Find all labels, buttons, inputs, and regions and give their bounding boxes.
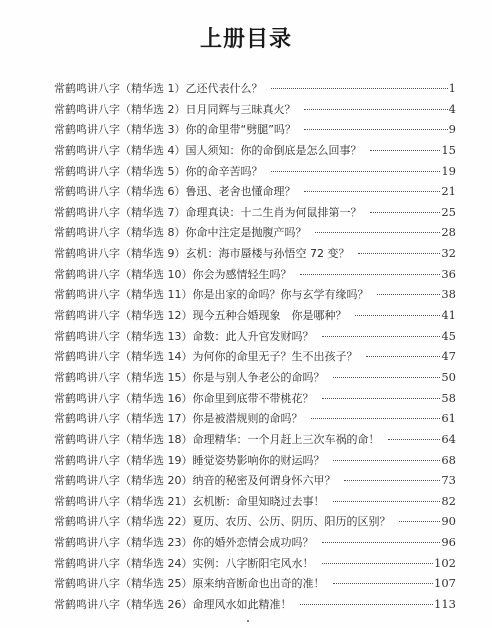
page-title: 上册目录 bbox=[0, 22, 492, 53]
toc-series: 常鹤鸣讲八字（精华选 16） bbox=[54, 389, 193, 410]
toc-heading: 你命里到底带不带桃花？ bbox=[193, 389, 314, 410]
toc-heading: 你的命辛苦吗？ bbox=[186, 162, 263, 183]
toc-page-number: 73 bbox=[441, 470, 456, 491]
toc-entry[interactable]: 常鹤鸣讲八字（精华选 20）纳音的秘密及何谓身怀六甲？73 bbox=[54, 470, 456, 491]
toc-entry[interactable]: 常鹤鸣讲八字（精华选 14）为何你的命里无子？生不出孩子？47 bbox=[54, 346, 456, 367]
toc-series: 常鹤鸣讲八字（精华选 24） bbox=[54, 554, 193, 575]
toc-series: 常鹤鸣讲八字（精华选 23） bbox=[54, 533, 193, 554]
toc-heading: 乙还代表什么？ bbox=[186, 79, 263, 100]
toc-page-number: 38 bbox=[441, 284, 456, 305]
toc-heading: 你命中注定是抛腹产吗？ bbox=[186, 223, 307, 244]
toc-heading: 睡觉姿势影响你的财运吗？ bbox=[193, 451, 325, 472]
toc-page-number: 50 bbox=[441, 367, 456, 388]
toc-series: 常鹤鸣讲八字（精华选 26） bbox=[54, 595, 193, 616]
toc-entry[interactable]: 常鹤鸣讲八字（精华选 9）玄机：海市蜃楼与孙悟空 72 变？32 bbox=[54, 243, 456, 264]
dot-leader bbox=[344, 480, 441, 481]
toc-page-number: 28 bbox=[441, 222, 456, 243]
dot-leader bbox=[370, 212, 441, 213]
dot-leader bbox=[358, 253, 441, 254]
dot-leader bbox=[304, 109, 448, 110]
dot-leader bbox=[333, 460, 441, 461]
page-footer-mark bbox=[247, 620, 249, 622]
dot-leader bbox=[333, 377, 441, 378]
dot-leader bbox=[315, 232, 441, 233]
toc-series: 常鹤鸣讲八字（精华选 25） bbox=[54, 574, 193, 595]
dot-leader bbox=[322, 542, 441, 543]
toc-series: 常鹤鸣讲八字（精华选 20） bbox=[54, 471, 193, 492]
toc-heading: 国人须知：你的命倒底是怎么回事？ bbox=[186, 141, 362, 162]
toc-series: 常鹤鸣讲八字（精华选 6） bbox=[54, 182, 186, 203]
toc-page-number: 68 bbox=[441, 450, 456, 471]
toc-heading: 原来纳音断命也出奇的准！ bbox=[193, 574, 325, 595]
toc-series: 常鹤鸣讲八字（精华选 19） bbox=[54, 451, 193, 472]
toc-page-number: 61 bbox=[441, 408, 456, 429]
toc-series: 常鹤鸣讲八字（精华选 7） bbox=[54, 203, 186, 224]
toc-page-number: 19 bbox=[441, 161, 456, 182]
dot-leader bbox=[311, 418, 441, 419]
toc-entry[interactable]: 常鹤鸣讲八字（精华选 6）鲁迅、老舍也懂命理？21 bbox=[54, 181, 456, 202]
toc-heading: 为何你的命里无子？生不出孩子？ bbox=[193, 347, 358, 368]
dot-leader bbox=[322, 336, 441, 337]
toc-heading: 玄机：海市蜃楼与孙悟空 72 变？ bbox=[186, 244, 350, 265]
toc-series: 常鹤鸣讲八字（精华选 15） bbox=[54, 368, 193, 389]
dot-leader bbox=[355, 315, 441, 316]
toc-entry[interactable]: 常鹤鸣讲八字（精华选 24）实例：八字断阳宅风水！102 bbox=[54, 553, 456, 574]
toc-heading: 纳音的秘密及何谓身怀六甲？ bbox=[193, 471, 336, 492]
toc-page-number: 41 bbox=[441, 305, 456, 326]
dot-leader bbox=[300, 604, 434, 605]
toc-heading: 命理精华：一个月赶上三次车祸的命！ bbox=[193, 430, 380, 451]
toc-page-number: 45 bbox=[441, 326, 456, 347]
toc-heading: 现今五种合婚现象 你是哪种？ bbox=[193, 306, 347, 327]
toc-page-number: 90 bbox=[441, 511, 456, 532]
toc-entry[interactable]: 常鹤鸣讲八字（精华选 22）夏历、农历、公历、阴历、阳历的区别？90 bbox=[54, 511, 456, 532]
toc-page-number: 4 bbox=[449, 99, 456, 120]
table-of-contents: 常鹤鸣讲八字（精华选 1）乙还代表什么？1 常鹤鸣讲八字（精华选 2）日月同辉与… bbox=[54, 78, 456, 615]
dot-leader bbox=[322, 398, 441, 399]
toc-entry[interactable]: 常鹤鸣讲八字（精华选 16）你命里到底带不带桃花？58 bbox=[54, 388, 456, 409]
toc-heading: 命理风水如此精准！ bbox=[193, 595, 292, 616]
toc-series: 常鹤鸣讲八字（精华选 22） bbox=[54, 512, 193, 533]
toc-series: 常鹤鸣讲八字（精华选 3） bbox=[54, 120, 186, 141]
toc-entry[interactable]: 常鹤鸣讲八字（精华选 25）原来纳音断命也出奇的准！107 bbox=[54, 573, 456, 594]
toc-page-number: 102 bbox=[434, 553, 456, 574]
dot-leader bbox=[399, 521, 441, 522]
toc-entry[interactable]: 常鹤鸣讲八字（精华选 12）现今五种合婚现象 你是哪种？41 bbox=[54, 305, 456, 326]
toc-heading: 命数：此人升官发财吗？ bbox=[193, 327, 314, 348]
dot-leader bbox=[271, 88, 448, 89]
toc-series: 常鹤鸣讲八字（精华选 12） bbox=[54, 306, 193, 327]
dot-leader bbox=[333, 501, 441, 502]
toc-entry[interactable]: 常鹤鸣讲八字（精华选 5）你的命辛苦吗？19 bbox=[54, 161, 456, 182]
toc-entry[interactable]: 常鹤鸣讲八字（精华选 13）命数：此人升官发财吗？45 bbox=[54, 326, 456, 347]
toc-page-number: 25 bbox=[441, 202, 456, 223]
document-page: 上册目录 常鹤鸣讲八字（精华选 1）乙还代表什么？1 常鹤鸣讲八字（精华选 2）… bbox=[0, 0, 492, 628]
dot-leader bbox=[322, 563, 434, 564]
toc-entry[interactable]: 常鹤鸣讲八字（精华选 7）命理真诀：十二生肖为何鼠排第一？25 bbox=[54, 202, 456, 223]
toc-heading: 玄机断：命里知晓过去事！ bbox=[193, 492, 325, 513]
dot-leader bbox=[300, 274, 441, 275]
toc-heading: 你会为感情轻生吗？ bbox=[193, 265, 292, 286]
toc-heading: 你是被潜规则的命吗？ bbox=[193, 409, 303, 430]
toc-heading: 鲁迅、老舍也懂命理？ bbox=[186, 182, 296, 203]
toc-page-number: 32 bbox=[441, 243, 456, 264]
toc-entry[interactable]: 常鹤鸣讲八字（精华选 3）你的命里带“劈腿”吗？9 bbox=[54, 119, 456, 140]
toc-page-number: 21 bbox=[441, 181, 456, 202]
toc-page-number: 47 bbox=[441, 346, 456, 367]
toc-page-number: 58 bbox=[441, 388, 456, 409]
toc-heading: 你的婚外恋情会成功吗？ bbox=[193, 533, 314, 554]
toc-entry[interactable]: 常鹤鸣讲八字（精华选 23）你的婚外恋情会成功吗？96 bbox=[54, 532, 456, 553]
toc-series: 常鹤鸣讲八字（精华选 9） bbox=[54, 244, 186, 265]
toc-heading: 夏历、农历、公历、阴历、阳历的区别？ bbox=[193, 512, 391, 533]
toc-page-number: 107 bbox=[434, 573, 456, 594]
toc-series: 常鹤鸣讲八字（精华选 11） bbox=[54, 285, 193, 306]
toc-series: 常鹤鸣讲八字（精华选 8） bbox=[54, 223, 186, 244]
toc-series: 常鹤鸣讲八字（精华选 18） bbox=[54, 430, 193, 451]
dot-leader bbox=[304, 191, 441, 192]
toc-entry[interactable]: 常鹤鸣讲八字（精华选 18）命理精华：一个月赶上三次车祸的命！64 bbox=[54, 429, 456, 450]
toc-series: 常鹤鸣讲八字（精华选 13） bbox=[54, 327, 193, 348]
toc-series: 常鹤鸣讲八字（精华选 2） bbox=[54, 100, 186, 121]
toc-page-number: 96 bbox=[441, 532, 456, 553]
toc-heading: 实例：八字断阳宅风水！ bbox=[193, 554, 314, 575]
toc-page-number: 64 bbox=[441, 429, 456, 450]
toc-series: 常鹤鸣讲八字（精华选 1） bbox=[54, 79, 186, 100]
toc-page-number: 9 bbox=[449, 119, 456, 140]
dot-leader bbox=[271, 171, 441, 172]
dot-leader bbox=[388, 439, 441, 440]
toc-heading: 你是与别人争老公的命吗？ bbox=[193, 368, 325, 389]
toc-series: 常鹤鸣讲八字（精华选 5） bbox=[54, 162, 186, 183]
toc-entry[interactable]: 常鹤鸣讲八字（精华选 1）乙还代表什么？1 bbox=[54, 78, 456, 99]
dot-leader bbox=[333, 583, 434, 584]
dot-leader bbox=[377, 294, 441, 295]
toc-entry[interactable]: 常鹤鸣讲八字（精华选 15）你是与别人争老公的命吗？50 bbox=[54, 367, 456, 388]
toc-entry[interactable]: 常鹤鸣讲八字（精华选 10）你会为感情轻生吗？36 bbox=[54, 264, 456, 285]
toc-entry[interactable]: 常鹤鸣讲八字（精华选 8）你命中注定是抛腹产吗？28 bbox=[54, 222, 456, 243]
toc-page-number: 15 bbox=[441, 140, 456, 161]
toc-page-number: 1 bbox=[449, 78, 456, 99]
toc-page-number: 36 bbox=[441, 264, 456, 285]
toc-entry[interactable]: 常鹤鸣讲八字（精华选 11）你是出家的命吗？你与玄学有缘吗？38 bbox=[54, 284, 456, 305]
toc-series: 常鹤鸣讲八字（精华选 21） bbox=[54, 492, 193, 513]
toc-page-number: 82 bbox=[441, 491, 456, 512]
toc-heading: 你的命里带“劈腿”吗？ bbox=[186, 120, 296, 141]
toc-entry[interactable]: 常鹤鸣讲八字（精华选 21）玄机断：命里知晓过去事！82 bbox=[54, 491, 456, 512]
toc-entry[interactable]: 常鹤鸣讲八字（精华选 2）日月同辉与三昧真火？4 bbox=[54, 99, 456, 120]
toc-entry[interactable]: 常鹤鸣讲八字（精华选 26）命理风水如此精准！113 bbox=[54, 594, 456, 615]
toc-heading: 命理真诀：十二生肖为何鼠排第一？ bbox=[186, 203, 362, 224]
toc-series: 常鹤鸣讲八字（精华选 17） bbox=[54, 409, 193, 430]
dot-leader bbox=[366, 356, 441, 357]
toc-entry[interactable]: 常鹤鸣讲八字（精华选 4）国人须知：你的命倒底是怎么回事？15 bbox=[54, 140, 456, 161]
toc-entry[interactable]: 常鹤鸣讲八字（精华选 17）你是被潜规则的命吗？61 bbox=[54, 408, 456, 429]
dot-leader bbox=[304, 129, 448, 130]
toc-entry[interactable]: 常鹤鸣讲八字（精华选 19）睡觉姿势影响你的财运吗？68 bbox=[54, 450, 456, 471]
toc-series: 常鹤鸣讲八字（精华选 10） bbox=[54, 265, 193, 286]
dot-leader bbox=[370, 150, 441, 151]
toc-heading: 日月同辉与三昧真火？ bbox=[186, 100, 296, 121]
toc-series: 常鹤鸣讲八字（精华选 4） bbox=[54, 141, 186, 162]
toc-heading: 你是出家的命吗？你与玄学有缘吗？ bbox=[193, 285, 369, 306]
toc-series: 常鹤鸣讲八字（精华选 14） bbox=[54, 347, 193, 368]
toc-page-number: 113 bbox=[434, 594, 456, 615]
